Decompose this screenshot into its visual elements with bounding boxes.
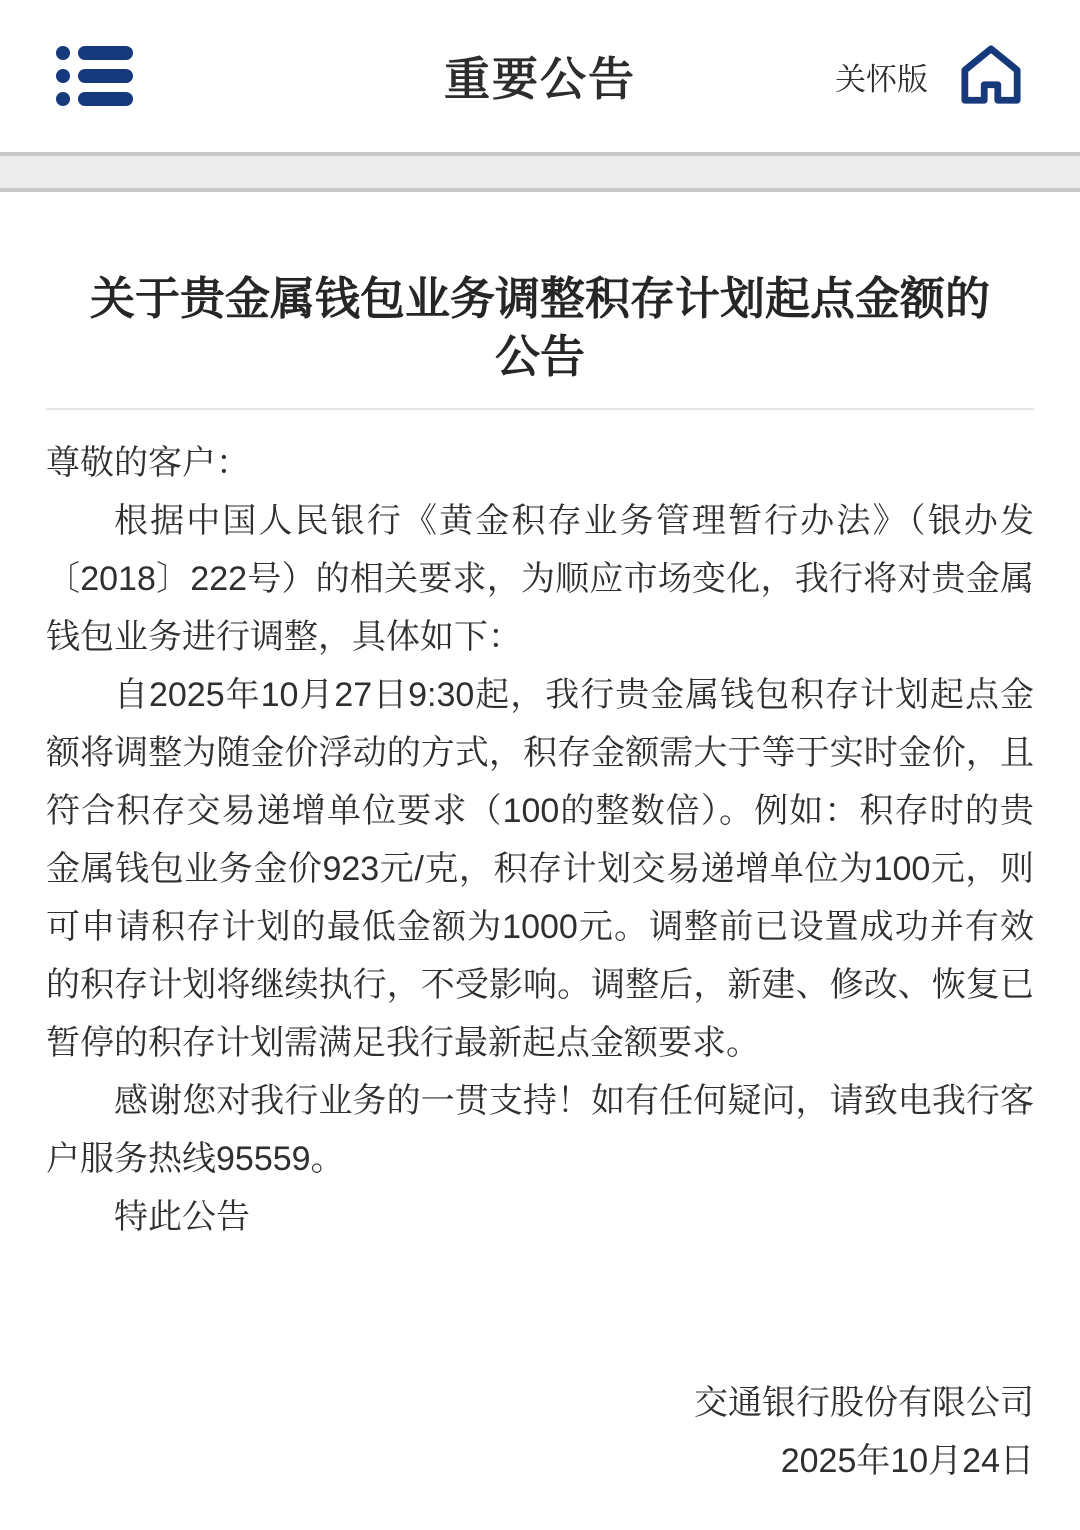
menu-button[interactable] [55, 44, 133, 108]
title-divider [46, 408, 1034, 410]
page-title: 重要公告 [444, 43, 636, 109]
signature-company: 交通银行股份有限公司 [46, 1374, 1034, 1432]
home-icon [960, 43, 1022, 109]
paragraph-thanks-hotline: 感谢您对我行业务的一贯支持！如有任何疑问，请致电我行客户服务热线95559。 [46, 1072, 1034, 1188]
announcement-title: 关于贵金属钱包业务调整积存计划起点金额的公告 [80, 270, 1000, 386]
salutation: 尊敬的客户： [46, 434, 1034, 492]
home-button[interactable] [960, 43, 1022, 109]
app-header: 重要公告 关怀版 [0, 0, 1080, 152]
paragraph-basis: 根据中国人民银行《黄金积存业务管理暂行办法》（银办发〔2018〕222号）的相关… [46, 492, 1034, 666]
list-menu-icon [55, 44, 133, 108]
announcement-date: 2025年10月24日 [46, 1432, 1034, 1490]
closing-note: 特此公告 [46, 1188, 1034, 1246]
care-mode-button[interactable]: 关怀版 [835, 54, 928, 99]
header-right-group: 关怀版 [835, 43, 1022, 109]
header-divider-strip [0, 152, 1080, 192]
announcement-page: 关于贵金属钱包业务调整积存计划起点金额的公告 尊敬的客户： 根据中国人民银行《黄… [0, 270, 1080, 1490]
paragraph-adjustment-details: 自2025年10月27日9:30起，我行贵金属钱包积存计划起点金额将调整为随金价… [46, 666, 1034, 1072]
